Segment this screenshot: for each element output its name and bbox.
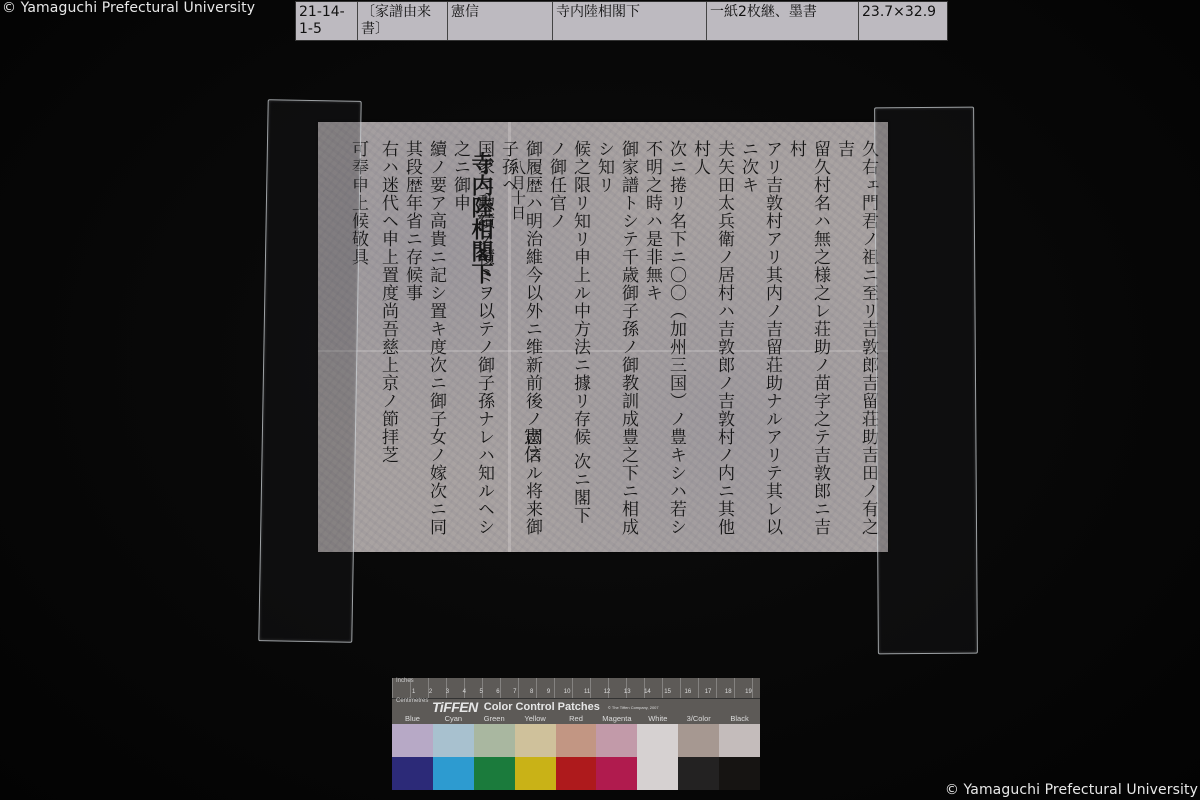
patch-label: Cyan [433,714,474,723]
cm-number: 14 [644,689,651,695]
patch-label: White [637,714,678,723]
color-control-chart: Inches 1 2 3 4 5 6 7 8 9 10 11 12 13 14 … [392,678,760,790]
copyright-bottom: © Yamaguchi Prefectural University [945,782,1198,798]
cm-number: 11 [584,689,590,695]
glass-weight-right [874,107,978,655]
cm-number: 3 [446,689,449,695]
catalog-category-line1: 〔家譜由来 [361,4,444,21]
cm-number: 18 [725,689,732,695]
ruler-inches-label: Inches [396,678,414,684]
tiffen-logo: TiFFEN [432,699,478,715]
catalog-id-line1: 21-14- [299,4,354,21]
cm-number: 6 [496,689,499,695]
catalog-format: 一紙2枚継、墨書 [707,2,859,40]
cm-number: 7 [513,689,516,695]
patch-labels: Blue Cyan Green Yellow Red Magenta White… [392,714,760,723]
patch-red [556,724,597,790]
body-column: 久右ェ門君ノ祖ニ至リ吉敦郎吉留荘助吉田ノ有之吉 [832,140,880,540]
cm-number: 4 [463,689,466,695]
cm-number: 1 [412,689,415,695]
body-column: アリ吉敦村アリ其内ノ吉留荘助ナルアリテ其レ以ニ次キ [736,140,784,540]
cm-number: 19 [745,689,752,695]
cm-number: 16 [685,689,692,695]
body-column: 其段歴年省ニ存候事 [400,140,424,540]
chart-title: Color Control Patches [484,701,600,713]
cm-number: 10 [564,689,571,695]
body-column: 候之限リ知リ申上ル中方法ニ據リ存候 次ニ閣下ノ御任官ノ [544,140,592,540]
catalog-category: 〔家譜由来 書〕 [358,2,448,40]
body-column: 次ニ捲リ名下ニ〇〇（加州三国）ノ豊キシハ若シ不明之時ハ是非無キ [640,140,688,540]
body-column: 夫矢田太兵衛ノ居村ハ吉敦郎ノ吉敦村ノ内ニ其他村人 [688,140,736,540]
patch-3color [678,724,719,790]
color-patches [392,724,760,790]
cm-number: 9 [547,689,550,695]
catalog-id: 21-14- 1-5 [296,2,358,40]
patch-label: 3/Color [678,714,719,723]
letter-addressee: 寺内陸相閣下 [466,152,497,284]
cm-number: 17 [705,689,712,695]
glass-weight-left [258,99,361,643]
ruler-cm-numbers: 1 2 3 4 5 6 7 8 9 10 11 12 13 14 15 16 1… [412,689,752,695]
patch-blue [392,724,433,790]
body-column: 留久村名ハ無之様之レ荘助ノ苗字之テ吉敦郎ニ吉村 [784,140,832,540]
patch-label: Yellow [515,714,556,723]
patch-green [474,724,515,790]
chart-company: © The Tiffen Company, 2007 [608,705,659,710]
patch-magenta [596,724,637,790]
patch-yellow [515,724,556,790]
catalog-dimensions: 23.7×32.9 [859,2,947,40]
closing-column: 右ハ迷代ヘ申上置度尚吾慈上京ノ節拝芝 [376,140,400,540]
cm-number: 8 [530,689,533,695]
catalog-id-line2: 1-5 [299,21,354,38]
copyright-top: © Yamaguchi Prefectural University [2,0,255,16]
letter-body: 久右ェ門君ノ祖ニ至リ吉敦郎吉留荘助吉田ノ有之吉 留久村名ハ無之様之レ荘助ノ苗字之… [346,140,880,540]
catalog-category-line2: 書〕 [361,21,444,38]
cm-number: 2 [429,689,432,695]
cm-number: 5 [479,689,482,695]
cm-number: 13 [624,689,631,695]
patch-label: Green [474,714,515,723]
patch-label: Black [719,714,760,723]
body-column: 續ノ要ア高貴ニ記シ置キ度次ニ御子女ノ嫁次ニ同 [424,140,448,540]
cm-number: 12 [604,689,611,695]
catalog-author: 憲信 [448,2,553,40]
catalog-recipient: 寺内陸相閣下 [553,2,707,40]
letter-signature: 憲信 [518,427,544,463]
cm-number: 15 [664,689,671,695]
patch-white [637,724,678,790]
ruler-cm-label: Centimetres [396,698,428,704]
patch-label: Blue [392,714,433,723]
letter-date: 八月十日 [508,160,529,220]
patch-black [719,724,760,790]
patch-label: Red [556,714,597,723]
patch-cyan [433,724,474,790]
body-column: 御家譜トシテ千歳御子孫ノ御教訓成豊之下ニ相成シ知リ [592,140,640,540]
letter-document: 久右ェ門君ノ祖ニ至リ吉敦郎吉留荘助吉田ノ有之吉 留久村名ハ無之様之レ荘助ノ苗字之… [318,122,888,552]
catalog-table-row: 21-14- 1-5 〔家譜由来 書〕 憲信 寺内陸相閣下 一紙2枚継、墨書 2… [295,1,948,41]
patch-label: Magenta [596,714,637,723]
ruler: Inches 1 2 3 4 5 6 7 8 9 10 11 12 13 14 … [392,678,760,699]
ruler-ticks [392,678,760,698]
